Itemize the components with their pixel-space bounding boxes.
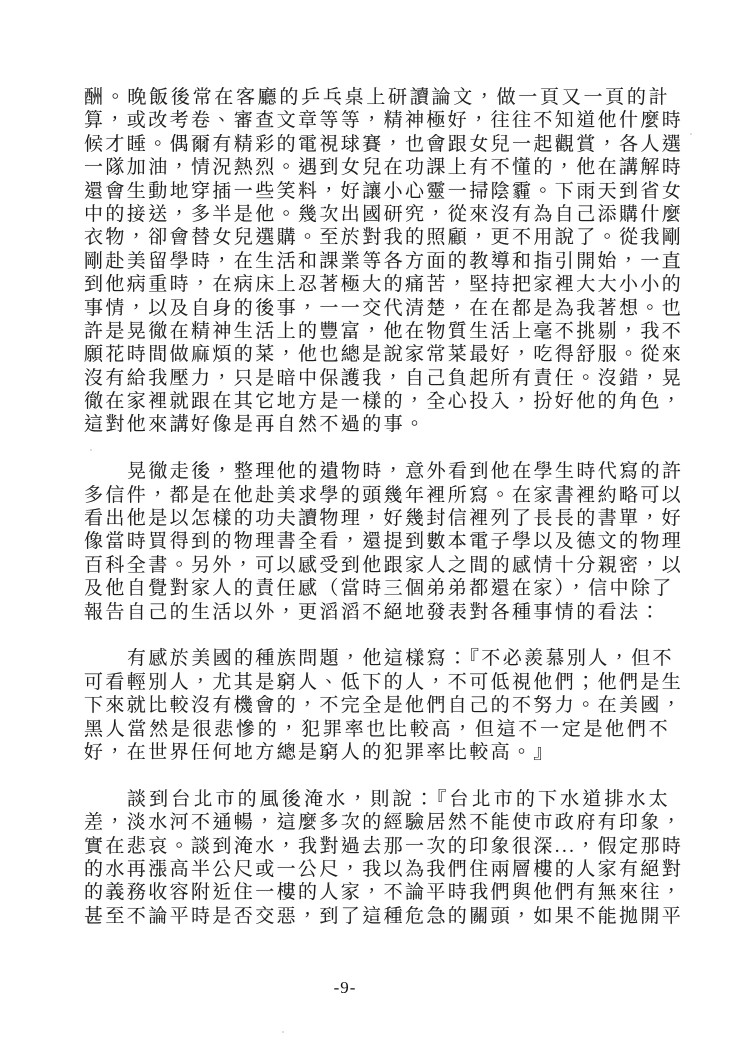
paragraph: 酬。晚飯後常在客廳的乒乓桌上研讀論文，做一頁又一頁的計算，或改考卷、審查文章等等… bbox=[84, 86, 670, 437]
scan-speck bbox=[600, 817, 602, 819]
scan-speck bbox=[690, 133, 692, 135]
scan-speck bbox=[282, 1031, 284, 1033]
text-line: 願花時間做麻煩的菜，他也總是說家常菜最好，吃得舒服。從來 bbox=[84, 343, 670, 366]
text-block: 酬。晚飯後常在客廳的乒乓桌上研讀論文，做一頁又一頁的計算，或改考卷、審查文章等等… bbox=[84, 86, 670, 928]
text-line: 實在悲哀。談到淹水，我對過去那一次的印象很深...，假定那時 bbox=[84, 835, 670, 858]
text-line: 可看輕別人，尤其是窮人、低下的人，不可低視他們；他們是生 bbox=[84, 671, 670, 694]
text-line: 徹在家裡就跟在其它地方是一樣的，全心投入，扮好他的角色， bbox=[84, 390, 670, 413]
text-line: 甚至不論平時是否交惡，到了這種危急的關頭，如果不能拋開平 bbox=[84, 905, 670, 928]
scan-speck bbox=[90, 449, 92, 451]
text-line: 像當時買得到的物理書全看，還提到數本電子學以及德文的物理 bbox=[84, 530, 670, 553]
scan-speck bbox=[628, 90, 631, 93]
text-line: 到他病重時，在病床上忍著極大的痛苦，堅持把家裡大大小小的 bbox=[84, 273, 670, 296]
text-line: 百科全書。另外，可以感受到他跟家人之間的感情十分親密，以 bbox=[84, 554, 670, 577]
text-line: 報告自己的生活以外，更滔滔不絕地發表對各種事情的看法： bbox=[84, 601, 670, 624]
text-line: 晃徹走後，整理他的遺物時，意外看到他在學生時代寫的許 bbox=[84, 460, 670, 483]
paragraph: 談到台北市的風後淹水，則說：『台北市的下水道排水太差，淡水河不通暢，這麼多次的經… bbox=[84, 788, 670, 928]
text-line: 許是晃徹在精神生活上的豐富，他在物質生活上毫不挑剔，我不 bbox=[84, 320, 670, 343]
text-line: 談到台北市的風後淹水，則說：『台北市的下水道排水太 bbox=[84, 788, 670, 811]
page-number: -9- bbox=[0, 978, 690, 998]
text-line: 事情，以及自身的後事，一一交代清楚，在在都是為我著想。也 bbox=[84, 297, 670, 320]
text-line: 黑人當然是很悲慘的，犯罪率也比較高，但這不一定是他們不 bbox=[84, 718, 670, 741]
scanned-document-page: 酬。晚飯後常在客廳的乒乓桌上研讀論文，做一頁又一頁的計算，或改考卷、審查文章等等… bbox=[0, 0, 750, 1060]
text-line: 剛赴美留學時，在生活和課業等各方面的教導和指引開始，一直 bbox=[84, 250, 670, 273]
text-line: 這對他來講好像是再自然不過的事。 bbox=[84, 413, 670, 436]
text-line: 多信件，都是在他赴美求學的頭幾年裡所寫。在家書裡約略可以 bbox=[84, 484, 670, 507]
paragraph: 晃徹走後，整理他的遺物時，意外看到他在學生時代寫的許多信件，都是在他赴美求學的頭… bbox=[84, 460, 670, 624]
text-line: 中的接送，多半是他。幾次出國研究，從來沒有為自己添購什麼 bbox=[84, 203, 670, 226]
text-line: 看出他是以怎樣的功夫讀物理，好幾封信裡列了長長的書單，好 bbox=[84, 507, 670, 530]
paragraph: 有感於美國的種族問題，他這樣寫：『不必羨慕別人，但不可看輕別人，尤其是窮人、低下… bbox=[84, 647, 670, 764]
text-line: 還會生動地穿插一些笑料，好讓小心靈一掃陰霾。下雨天到省女 bbox=[84, 180, 670, 203]
text-line: 差，淡水河不通暢，這麼多次的經驗居然不能使市政府有印象， bbox=[84, 811, 670, 834]
text-line: 一隊加油，情況熱烈。遇到女兒在功課上有不懂的，他在講解時 bbox=[84, 156, 670, 179]
text-line: 下來就比較沒有機會的，不完全是他們自己的不努力。在美國， bbox=[84, 694, 670, 717]
text-line: 的水再漲高半公尺或一公尺，我以為我們住兩層樓的人家有絕對 bbox=[84, 858, 670, 881]
text-line: 衣物，卻會替女兒選購。至於對我的照顧，更不用說了。從我剛 bbox=[84, 226, 670, 249]
text-line: 候才睡。偶爾有精彩的電視球賽，也會跟女兒一起觀賞，各人選 bbox=[84, 133, 670, 156]
text-line: 沒有給我壓力，只是暗中保護我，自己負起所有責任。沒錯，晃 bbox=[84, 367, 670, 390]
text-line: 及他自覺對家人的責任感（當時三個弟弟都還在家），信中除了 bbox=[84, 577, 670, 600]
text-line: 的義務收容附近住一樓的人家，不論平時我們與他們有無來往， bbox=[84, 881, 670, 904]
text-line: 有感於美國的種族問題，他這樣寫：『不必羨慕別人，但不 bbox=[84, 647, 670, 670]
text-line: 好，在世界任何地方總是窮人的犯罪率比較高。』 bbox=[84, 741, 670, 764]
text-line: 酬。晚飯後常在客廳的乒乓桌上研讀論文，做一頁又一頁的計 bbox=[84, 86, 670, 109]
text-line: 算，或改考卷、審查文章等等，精神極好，往往不知道他什麼時 bbox=[84, 109, 670, 132]
